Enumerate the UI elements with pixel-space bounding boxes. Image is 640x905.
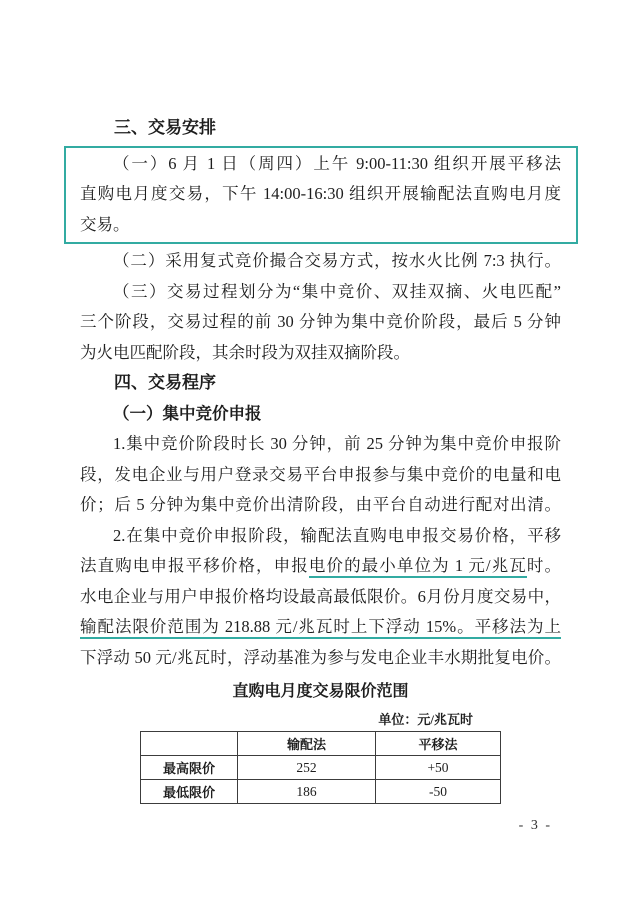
table-title: 直购电月度交易限价范围 bbox=[80, 679, 561, 705]
para-3-line-1: （三）交易过程划分为“集中竞价、双挂双摘、火电匹配” bbox=[80, 277, 561, 308]
item-2-line-1: 2.在集中竞价申报阶段，输配法直购电申报交易价格，平移 bbox=[80, 521, 561, 552]
min-shupeifa-value: 186 bbox=[238, 780, 376, 804]
row-label-min: 最低限价 bbox=[141, 780, 238, 804]
price-limit-table: 输配法 平移法 最高限价 252 +50 最低限价 186 -50 bbox=[140, 731, 501, 804]
header-empty-cell bbox=[141, 732, 238, 756]
table-unit-note: 单位：元/兆瓦时 bbox=[142, 711, 499, 729]
underline-price-range: 输配法限价范围为 218.88 元/兆瓦时上下浮动 15%。平移法为上 bbox=[80, 617, 561, 639]
document-body: 三、交易安排 （一）6 月 1 日（周四）上午 9:00-11:30 组织开展平… bbox=[80, 113, 561, 804]
header-pingyifa: 平移法 bbox=[376, 732, 501, 756]
highlight-box: （一）6 月 1 日（周四）上午 9:00-11:30 组织开展平移法 直购电月… bbox=[64, 146, 578, 245]
table-header-row: 输配法 平移法 bbox=[141, 732, 501, 756]
section-3-heading: 三、交易安排 bbox=[80, 113, 561, 144]
item-2-line-4: 输配法限价范围为 218.88 元/兆瓦时上下浮动 15%。平移法为上 bbox=[80, 612, 561, 643]
item-2-line-3: 水电企业与用户申报价格均设最高最低限价。6月份月度交易中， bbox=[80, 582, 561, 613]
line-2-text: 法直购电申报平移价格，申报 bbox=[80, 556, 309, 575]
para-3-line-2: 三个阶段，交易过程的前 30 分钟为集中竞价阶段，最后 5 分钟 bbox=[80, 307, 561, 338]
underline-min-price-unit: 电价的最小单位为 1 元/兆瓦 bbox=[309, 556, 527, 578]
item-1-line-3: 价；后 5 分钟为集中竞价出清阶段，由平台自动进行配对出清。 bbox=[80, 490, 561, 521]
row-label-max: 最高限价 bbox=[141, 756, 238, 780]
item-1-line-1: 1.集中竞价阶段时长 30 分钟，前 25 分钟为集中竞价申报阶 bbox=[80, 429, 561, 460]
min-pingyifa-value: -50 bbox=[376, 780, 501, 804]
box-line-3: 交易。 bbox=[80, 210, 561, 241]
document-page: 三、交易安排 （一）6 月 1 日（周四）上午 9:00-11:30 组织开展平… bbox=[0, 0, 640, 905]
line-2-tail: 时。 bbox=[527, 556, 561, 575]
header-shupeifa: 输配法 bbox=[238, 732, 376, 756]
subsection-1-heading: （一）集中竞价申报 bbox=[80, 399, 561, 430]
section-4-heading: 四、交易程序 bbox=[80, 368, 561, 399]
para-3-line-3: 为火电匹配阶段，其余时段为双挂双摘阶段。 bbox=[80, 338, 561, 369]
max-shupeifa-value: 252 bbox=[238, 756, 376, 780]
box-line-2: 直购电月度交易，下午 14:00-16:30 组织开展输配法直购电月度 bbox=[80, 179, 561, 210]
item-2-line-2: 法直购电申报平移价格，申报电价的最小单位为 1 元/兆瓦时。 bbox=[80, 551, 561, 582]
max-pingyifa-value: +50 bbox=[376, 756, 501, 780]
box-line-1: （一）6 月 1 日（周四）上午 9:00-11:30 组织开展平移法 bbox=[80, 149, 561, 180]
item-2-line-5: 下浮动 50 元/兆瓦时，浮动基准为参与发电企业丰水期批复电价。 bbox=[80, 643, 561, 674]
table-row: 最低限价 186 -50 bbox=[141, 780, 501, 804]
para-2-line: （二）采用复式竞价撮合交易方式，按水火比例 7:3 执行。 bbox=[80, 246, 561, 277]
page-number: - 3 - bbox=[519, 817, 552, 835]
table-row: 最高限价 252 +50 bbox=[141, 756, 501, 780]
item-1-line-2: 段，发电企业与用户登录交易平台申报参与集中竞价的电量和电 bbox=[80, 460, 561, 491]
